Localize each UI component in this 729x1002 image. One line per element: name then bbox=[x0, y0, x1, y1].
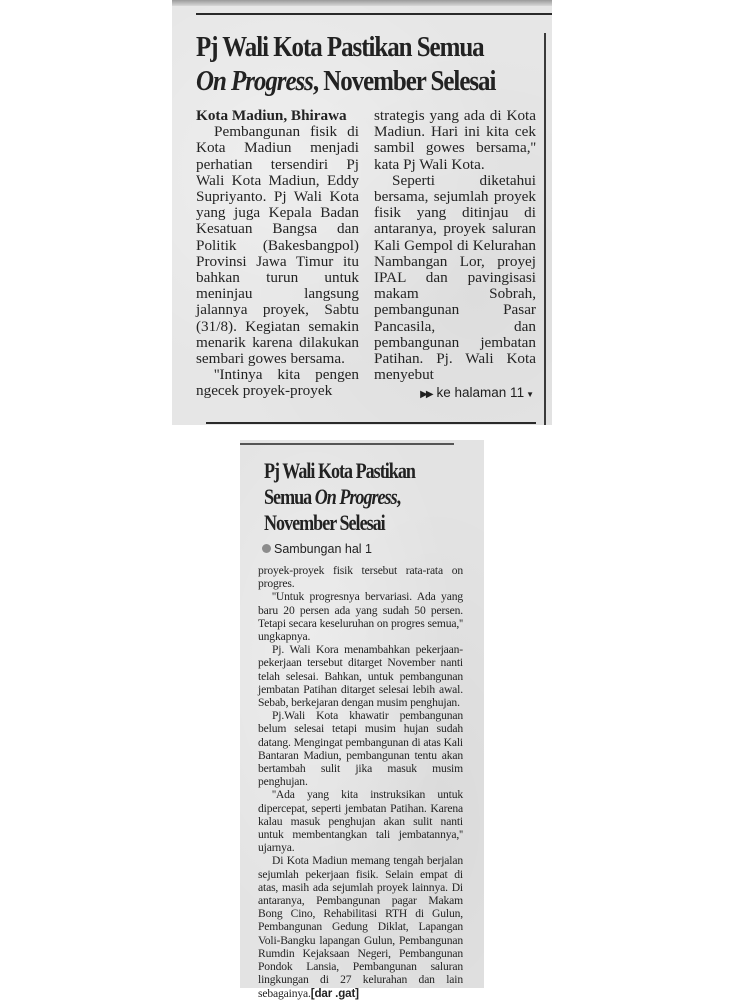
paragraph: strategis yang ada di Kota Madiun. Hari … bbox=[374, 108, 536, 173]
article-column-2: strategis yang ada di Kota Madiun. Hari … bbox=[374, 108, 536, 383]
headline: Pj Wali Kota Pastikan Semua On Progress,… bbox=[196, 30, 497, 98]
headline-line-1: Pj Wali Kota Pastikan bbox=[264, 458, 415, 483]
paragraph: ''Untuk progresnya bervariasi. Ada yang … bbox=[258, 590, 463, 643]
paragraph: Pembangunan fisik di Kota Madiun menjadi… bbox=[196, 124, 359, 367]
top-rule bbox=[196, 13, 552, 15]
double-arrow-icon: ▶▶ bbox=[420, 389, 431, 400]
continued-on-page-link: ▶▶ke halaman 11▼ bbox=[420, 385, 534, 400]
headline-line-3: November Selesai bbox=[264, 510, 385, 535]
paragraph: Pj.Wali Kota khawatir pembangunan belum … bbox=[258, 709, 463, 788]
bottom-rule bbox=[206, 422, 536, 424]
bullet-dot-icon bbox=[262, 544, 271, 553]
headline-line-2-suffix: , bbox=[397, 484, 401, 509]
headline-line-2-prefix: Semua bbox=[264, 484, 315, 509]
triangle-down-icon: ▼ bbox=[526, 390, 534, 399]
front-page-clipping: Pj Wali Kota Pastikan Semua On Progress,… bbox=[172, 0, 552, 425]
paragraph-last: Di Kota Madiun memang tengah berjalan se… bbox=[258, 854, 463, 999]
headline-line-2: , November Selesai bbox=[313, 65, 496, 97]
continuation-clipping: Pj Wali Kota Pastikan Semua On Progress,… bbox=[240, 440, 484, 988]
article-continuation-column: proyek-proyek fisik tersebut rata-rata o… bbox=[258, 564, 463, 1000]
jump-label: ke halaman 11 bbox=[437, 385, 525, 400]
paragraph: proyek-proyek fisik tersebut rata-rata o… bbox=[258, 564, 463, 590]
continuation-label-text: Sambungan hal 1 bbox=[274, 542, 372, 556]
paragraph: ''Intinya kita pengen ngecek proyek-proy… bbox=[196, 367, 359, 399]
right-column-rule bbox=[544, 33, 546, 425]
headline-italic-phrase: On Progress bbox=[196, 65, 313, 97]
paragraph-text: Di Kota Madiun memang tengah berjalan se… bbox=[258, 854, 463, 999]
cut-off-previous-text bbox=[172, 0, 552, 6]
byline: [dar .gat] bbox=[311, 987, 359, 1000]
paragraph: Seperti diketahui bersama, sejumlah proy… bbox=[374, 173, 536, 384]
paragraph: ''Ada yang kita instruksikan untuk diper… bbox=[258, 788, 463, 854]
headline-italic-phrase: On Progress bbox=[315, 484, 397, 509]
headline: Pj Wali Kota Pastikan Semua On Progress,… bbox=[264, 458, 444, 536]
continuation-label: Sambungan hal 1 bbox=[262, 542, 372, 556]
top-rule bbox=[240, 443, 454, 445]
article-column-1: Kota Madiun, Bhirawa Pembangunan fisik d… bbox=[196, 108, 359, 400]
headline-line-1: Pj Wali Kota Pastikan Semua bbox=[196, 31, 484, 63]
paragraph: Pj. Wali Kora menambahkan pekerjaan-peke… bbox=[258, 643, 463, 709]
dateline: Kota Madiun, Bhirawa bbox=[196, 107, 347, 124]
